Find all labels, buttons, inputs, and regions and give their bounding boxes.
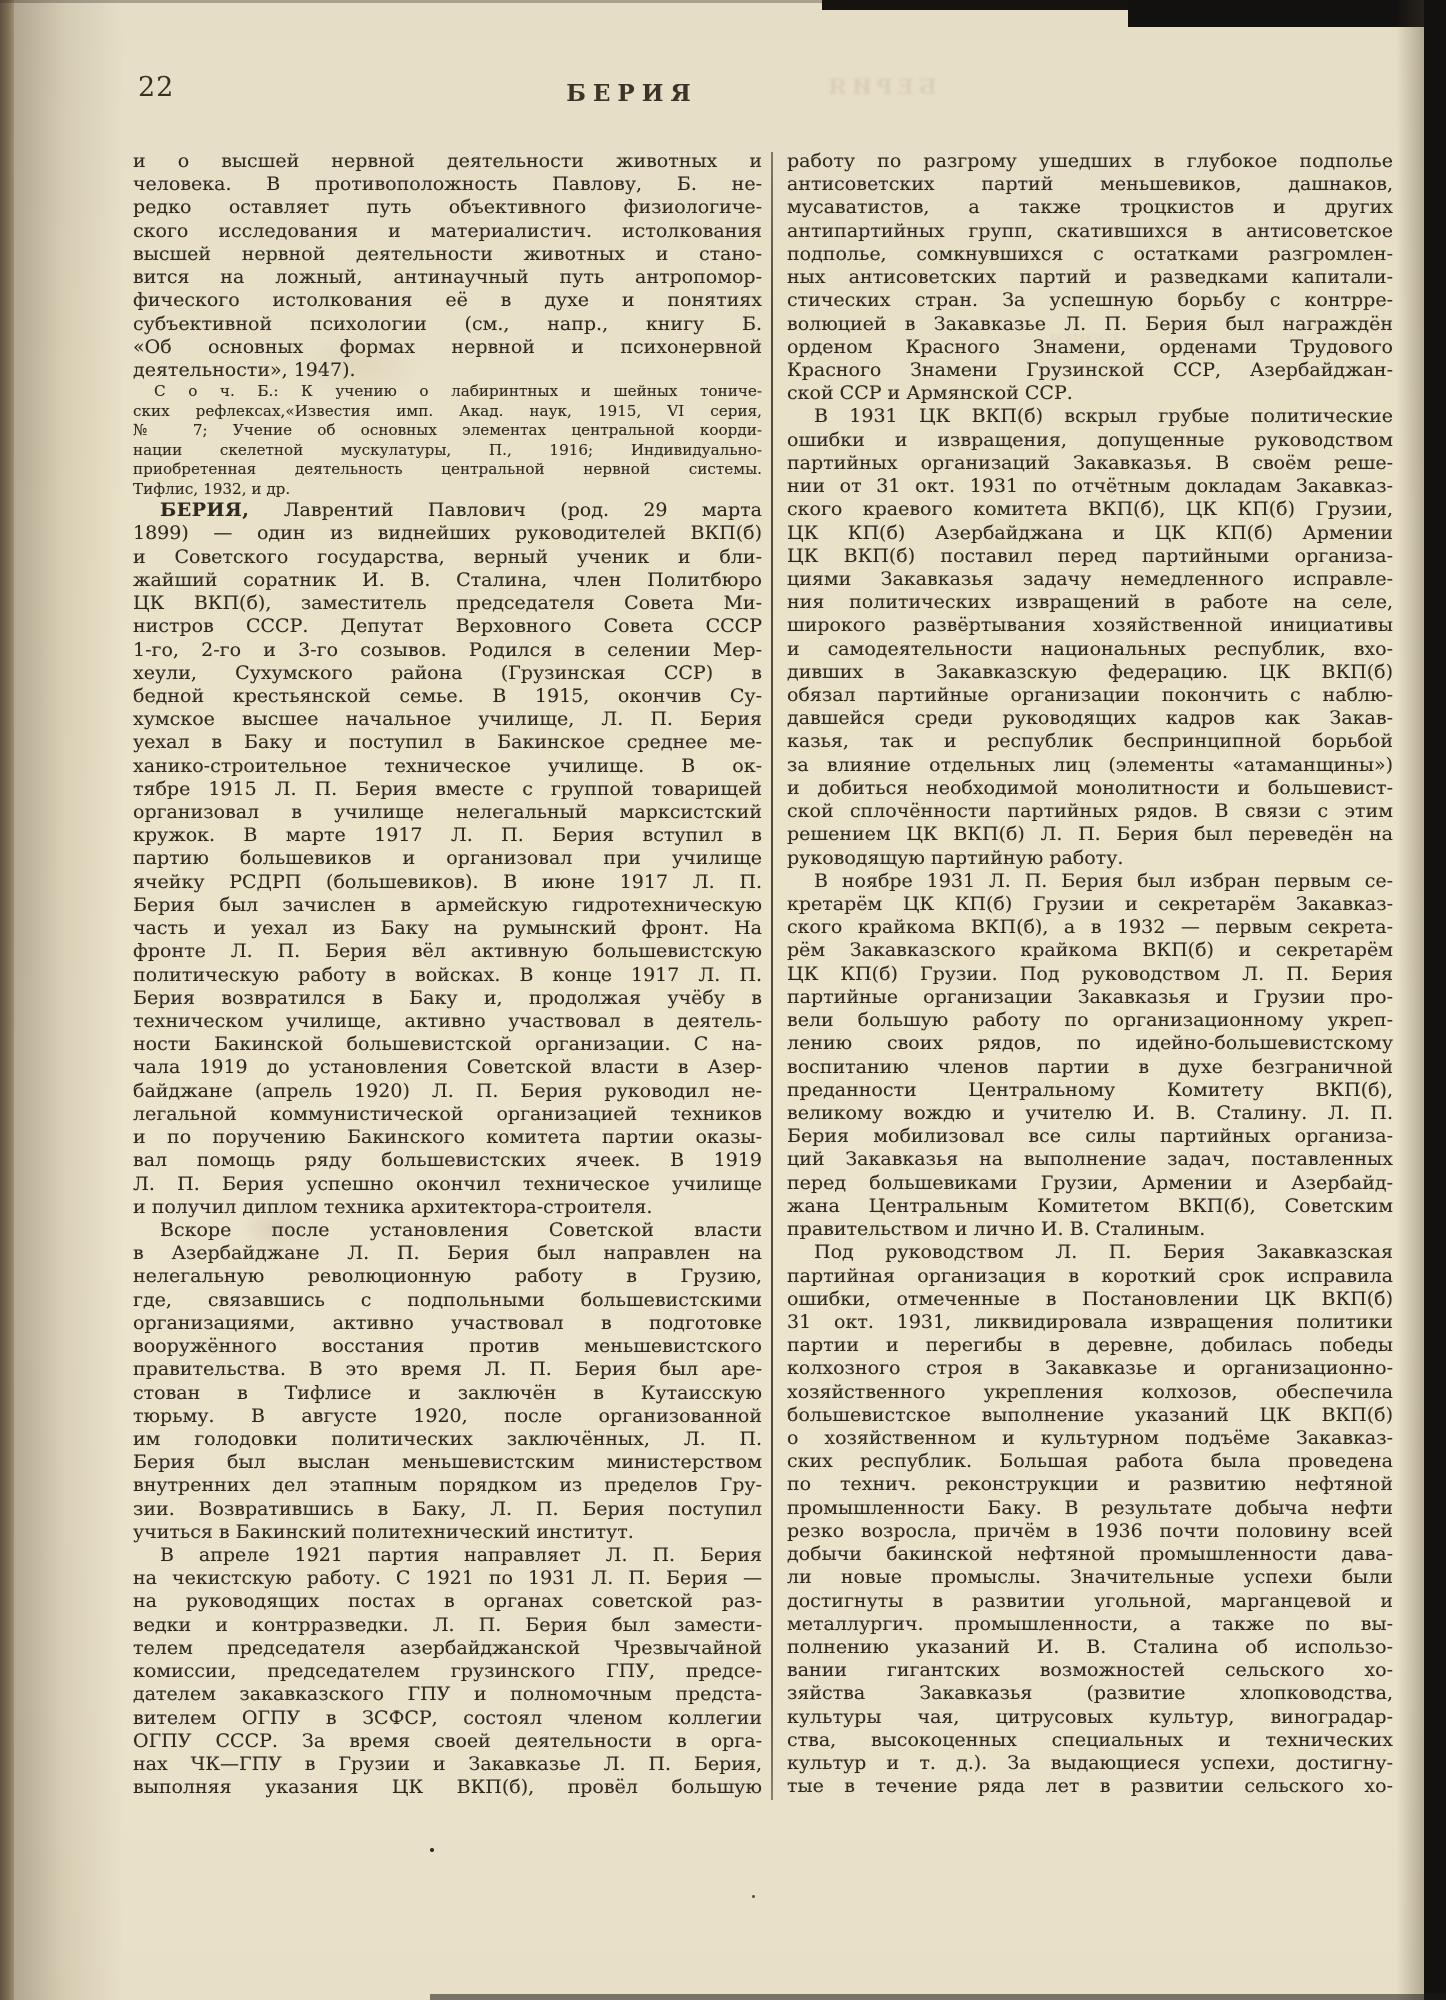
- ink-dot: [752, 1895, 755, 1898]
- text-line: В ноябре 1931 Л. П. Берия был избран пер…: [787, 870, 1393, 893]
- text-line: стических стран. За успешную борьбу с ко…: [787, 289, 1393, 312]
- text-line: и самодеятельности национальных республи…: [787, 638, 1393, 661]
- text-line: добычи бакинской нефтяной промышленности…: [787, 1543, 1393, 1566]
- text-line: кружок. В марте 1917 Л. П. Берия вступил…: [133, 824, 762, 847]
- page-number: 22: [138, 72, 174, 103]
- text-line: ОГПУ СССР. За время своей деятельности в…: [133, 1730, 762, 1753]
- text-line: ства, высокоценных специальных и техниче…: [787, 1729, 1393, 1752]
- text-line: зяйства Закавказья (развитие хлопководст…: [787, 1682, 1393, 1705]
- text-line: полнению указаний И. В. Сталина об испол…: [787, 1636, 1393, 1659]
- text-line: хеули, Сухумского района (Грузинская ССР…: [133, 662, 762, 685]
- text-line: вооружённого восстания против меньшевист…: [133, 1335, 762, 1358]
- text-line: антисоветских партий меньшевиков, дашнак…: [787, 173, 1393, 196]
- text-line: жана Центральным Комитетом ВКП(б), Совет…: [787, 1195, 1393, 1218]
- text-line: В апреле 1921 партия направляет Л. П. Бе…: [133, 1544, 762, 1567]
- text-line: бедной крестьянской семье. В 1915, оконч…: [133, 685, 762, 708]
- text-line: комиссии, председателем грузинского ГПУ,…: [133, 1660, 762, 1683]
- text-line: байджане (апрель 1920) Л. П. Берия руков…: [133, 1080, 762, 1103]
- text-line: по технич. реконструкции и развитию нефт…: [787, 1473, 1393, 1496]
- text-line: организовал в училище нелегальный маркси…: [133, 801, 762, 824]
- text-line: Берия был выслан меньшевистским министер…: [133, 1451, 762, 1474]
- text-line: нах ЧК—ГПУ в Грузии и Закавказье Л. П. Б…: [133, 1753, 762, 1776]
- text-line: партийная организация в короткий срок ис…: [787, 1265, 1393, 1288]
- text-line: Берия возвратился в Баку и, продолжая уч…: [133, 987, 762, 1010]
- text-line: резко возросла, причём в 1936 почти поло…: [787, 1520, 1393, 1543]
- text-line: дивших в Закавказскую федерацию. ЦК ВКП(…: [787, 661, 1393, 684]
- text-line: широкого развёртывания хозяйственной ини…: [787, 614, 1393, 637]
- right-column: работу по разгрому ушедших в глубокое по…: [787, 150, 1393, 1799]
- text-line: правительства. В это время Л. П. Берия б…: [133, 1358, 762, 1381]
- text-line: ской сплочённости партийных рядов. В свя…: [787, 800, 1393, 823]
- text-line: Л. П. Берия успешно окончил техническое …: [133, 1173, 762, 1196]
- scan-edge-right: [1424, 0, 1446, 2000]
- text-line: лению своих рядов, по идейно-большевистс…: [787, 1032, 1393, 1055]
- text-line: в Азербайджане Л. П. Берия был направлен…: [133, 1242, 762, 1265]
- text-line: деятельности», 1947).: [133, 359, 762, 382]
- text-line: «Об основных формах нервной и психонервн…: [133, 336, 762, 359]
- text-line: мусаватистов, а также троцкистов и други…: [787, 196, 1393, 219]
- text-line: партии и перегибы в деревне, добилась по…: [787, 1334, 1393, 1357]
- text-line: Берия мобилизовал все силы партийных орг…: [787, 1125, 1393, 1148]
- text-line: зии. Возвратившись в Баку, Л. П. Берия п…: [133, 1498, 762, 1521]
- scan-edge-left-shadow: [14, 0, 124, 2000]
- text-line: и по поручению Бакинского комитета парти…: [133, 1126, 762, 1149]
- text-line: нелегальную революционную работу в Грузи…: [133, 1265, 762, 1288]
- scan-edge-right-shadow: [1396, 0, 1424, 2000]
- text-line: политическую работу в войсках. В конце 1…: [133, 964, 762, 987]
- text-line: ханико-строительное техническое училище.…: [133, 755, 762, 778]
- text-line: на чекистскую работу. С 1921 по 1931 Л. …: [133, 1567, 762, 1590]
- text-line: Вскоре после установления Советской влас…: [133, 1219, 762, 1242]
- text-line: партийных организаций Закавказья. В своё…: [787, 452, 1393, 475]
- text-line: часть и уехал из Баку на румынский фронт…: [133, 917, 762, 940]
- text-line: стован в Тифлисе и заключён в Кутаисскую: [133, 1382, 762, 1405]
- text-line: 1899) — один из виднейших руководителей …: [133, 522, 762, 545]
- text-line: ских рефлексах,«Известия имп. Акад. наук…: [133, 402, 762, 422]
- text-line: где, связавшись с подпольными большевист…: [133, 1289, 762, 1312]
- text-line: кретарём ЦК КП(б) Грузии и секретарём За…: [787, 893, 1393, 916]
- text-line: ского крайкома ВКП(б), а в 1932 — первым…: [787, 916, 1393, 939]
- text-line: ского исследования и материалистич. исто…: [133, 220, 762, 243]
- text-line: вании гигантских возможностей сельского …: [787, 1659, 1393, 1682]
- text-line: партийные организации Закавказья и Грузи…: [787, 986, 1393, 1009]
- text-line: антипартийных групп, скатившихся в антис…: [787, 220, 1393, 243]
- text-line: ских республик. Большая работа была пров…: [787, 1450, 1393, 1473]
- text-line: БЕРИЯ, Лаврентий Павлович (род. 29 марта: [133, 499, 762, 522]
- text-line: субъективной психологии (см., напр., кни…: [133, 313, 762, 336]
- text-line: им голодовки политических заключённых, Л…: [133, 1428, 762, 1451]
- text-line: вал помощь ряду большевистских ячеек. В …: [133, 1149, 762, 1172]
- text-line: Берия был зачислен в армейскую гидротехн…: [133, 894, 762, 917]
- text-line: вели большую работу по организационному …: [787, 1009, 1393, 1032]
- text-line: руководящую партийную работу.: [787, 847, 1393, 870]
- text-line: волюцией в Закавказье Л. П. Берия был на…: [787, 313, 1393, 336]
- scanned-page: БЕРИЯ БЕРИЯ 22 БЕРИЯ и о высшей нервной …: [0, 0, 1446, 2000]
- text-line: дателем закавказского ГПУ и полномочным …: [133, 1683, 762, 1706]
- text-line: редко оставляет путь объективного физиол…: [133, 196, 762, 219]
- text-line: ведки и контрразведки. Л. П. Берия был з…: [133, 1614, 762, 1637]
- text-line: ли новые промыслы. Значительные успехи б…: [787, 1566, 1393, 1589]
- text-line: хумское высшее начальное училище, Л. П. …: [133, 708, 762, 731]
- text-line: Под руководством Л. П. Берия Закавказска…: [787, 1241, 1393, 1264]
- text-line: орденом Красного Знамени, орденами Трудо…: [787, 336, 1393, 359]
- text-line: нии от 31 окт. 1931 по отчётным докладам…: [787, 475, 1393, 498]
- text-line: высшей нервной деятельности животных и с…: [133, 243, 762, 266]
- text-line: Тифлис, 1932, и др.: [133, 480, 762, 500]
- text-line: уехал в Баку и поступил в Бакинское сред…: [133, 731, 762, 754]
- text-line: промышленности Баку. В результате добыча…: [787, 1497, 1393, 1520]
- text-line: большевистское выполнение указаний ЦК ВК…: [787, 1404, 1393, 1427]
- text-line: чала 1919 до установления Советской влас…: [133, 1056, 762, 1079]
- text-line: ЦК ВКП(б), заместитель председателя Сове…: [133, 592, 762, 615]
- text-line: нистров СССР. Депутат Верховного Совета …: [133, 615, 762, 638]
- text-line: телем председателя азербайджанской Чрезв…: [133, 1637, 762, 1660]
- text-line: 31 окт. 1931, ликвидировала извращения п…: [787, 1311, 1393, 1334]
- scan-edge-left: [0, 0, 14, 2000]
- text-line: и о высшей нервной деятельности животных…: [133, 150, 762, 173]
- text-line: ЦК КП(б) Азербайджана и ЦК КП(б) Армении: [787, 522, 1393, 545]
- text-line: фронте Л. П. Берия вёл активную большеви…: [133, 940, 762, 963]
- text-line: ошибки, отмеченные в Постановлении ЦК ВК…: [787, 1288, 1393, 1311]
- text-line: выполняя указания ЦК ВКП(б), провёл боль…: [133, 1776, 762, 1799]
- text-line: и добиться необходимой монолитности и бо…: [787, 777, 1393, 800]
- text-line: культуры чая, цитрусовых культур, виногр…: [787, 1706, 1393, 1729]
- text-line: учиться в Бакинский политехнический инст…: [133, 1521, 762, 1544]
- text-line: вителем ОГПУ в ЗСФСР, состоял членом кол…: [133, 1707, 762, 1730]
- text-line: решением ЦК ВКП(б) Л. П. Берия был перев…: [787, 823, 1393, 846]
- text-line: жайший соратник И. В. Сталина, член Поли…: [133, 569, 762, 592]
- text-line: казья, так и республик беспринципной бор…: [787, 730, 1393, 753]
- text-line: партию большевиков и организовал при учи…: [133, 847, 762, 870]
- text-line: тябре 1915 Л. П. Берия вместе с группой …: [133, 778, 762, 801]
- text-line: металлургич. промышленности, а также по …: [787, 1613, 1393, 1636]
- text-line: 1-го, 2-го и 3-го созывов. Родился в сел…: [133, 639, 762, 662]
- text-line: фического истолкования её в духе и понят…: [133, 289, 762, 312]
- left-column: и о высшей нервной деятельности животных…: [133, 150, 762, 1799]
- column-divider: [771, 152, 773, 1800]
- text-line: человека. В противоположность Павлову, Б…: [133, 173, 762, 196]
- text-line: ячейку РСДРП (большевиков). В июне 1917 …: [133, 871, 762, 894]
- text-line: внутренних дел этапным порядком из преде…: [133, 1474, 762, 1497]
- text-line: давшейся среди руководящих кадров как За…: [787, 707, 1393, 730]
- text-line: ных антисоветских партий и разведками ка…: [787, 266, 1393, 289]
- text-line: за влияние отдельных лиц (элементы «атам…: [787, 754, 1393, 777]
- text-line: организациями, активно участвовал в подг…: [133, 1312, 762, 1335]
- text-line: культур и т. д.). За выдающиеся успехи, …: [787, 1752, 1393, 1775]
- text-line: С о ч. Б.: К учению о лабиринтных и шейн…: [133, 382, 762, 402]
- text-line: подполье, сомкнувшихся с остатками разгр…: [787, 243, 1393, 266]
- ghost-showthrough-text: БЕРИЯ: [700, 74, 1060, 99]
- text-line: колхозного строя в Закавказье и организа…: [787, 1357, 1393, 1380]
- text-line: работу по разгрому ушедших в глубокое по…: [787, 150, 1393, 173]
- text-line: Красного Знамени Грузинской ССР, Азербай…: [787, 359, 1393, 382]
- text-line: рём Закавказского крайкома ВКП(б) и секр…: [787, 939, 1393, 962]
- text-line: техническом училище, активно участвовал …: [133, 1010, 762, 1033]
- text-line: ского краевого комитета ВКП(б), ЦК КП(б)…: [787, 498, 1393, 521]
- text-line: № 7; Учение об основных элементах центра…: [133, 421, 762, 441]
- text-line: и Советского государства, верный ученик …: [133, 546, 762, 569]
- text-line: тюрьму. В августе 1920, после организова…: [133, 1405, 762, 1428]
- text-line: воспитанию членов партии в духе безграни…: [787, 1056, 1393, 1079]
- text-line: В 1931 ЦК ВКП(б) вскрыл грубые политичес…: [787, 405, 1393, 428]
- text-line: ЦК КП(б) Грузии. Под руководством Л. П. …: [787, 963, 1393, 986]
- text-line: ности Бакинской большевистской организац…: [133, 1033, 762, 1056]
- text-line: легальной коммунистической организацией …: [133, 1103, 762, 1126]
- text-line: преданности Центральному Комитету ВКП(б)…: [787, 1079, 1393, 1102]
- scan-edge-bottom: [430, 1994, 1446, 2000]
- text-line: вится на ложный, антинаучный путь антроп…: [133, 266, 762, 289]
- text-line: правительством и лично И. В. Сталиным.: [787, 1218, 1393, 1241]
- text-line: достигнуты в развитии угольной, марганце…: [787, 1590, 1393, 1613]
- text-line: обязал партийные организации покончить с…: [787, 684, 1393, 707]
- running-header: БЕРИЯ: [566, 80, 698, 107]
- text-line: великому вождю и учителю И. В. Сталину. …: [787, 1102, 1393, 1125]
- text-line: на руководящих постах в органах советско…: [133, 1590, 762, 1613]
- text-line: ций Закавказья на выполнение задач, пост…: [787, 1148, 1393, 1171]
- text-line: нации скелетной мускулатуры, П., 1916; И…: [133, 441, 762, 461]
- text-line: ЦК ВКП(б) поставил перед партийными орга…: [787, 545, 1393, 568]
- text-line: циями Закавказья задачу немедленного исп…: [787, 568, 1393, 591]
- text-line: перед большевиками Грузии, Армении и Азе…: [787, 1172, 1393, 1195]
- ink-dot: [430, 1848, 434, 1852]
- text-line: ния политических извращений в работе на …: [787, 591, 1393, 614]
- text-line: о хозяйственном и культурном подъёме Зак…: [787, 1427, 1393, 1450]
- text-line: ской ССР и Армянской ССР.: [787, 382, 1393, 405]
- text-line: тые в течение ряда лет в развитии сельск…: [787, 1775, 1393, 1798]
- text-line: ошибки и извращения, допущенные руководс…: [787, 429, 1393, 452]
- text-line: хозяйственного укрепления колхозов, обес…: [787, 1381, 1393, 1404]
- text-line: приобретенная деятельность центральной н…: [133, 460, 762, 480]
- text-line: и получил диплом техника архитектора-стр…: [133, 1196, 762, 1219]
- scan-edge-top: [0, 0, 830, 3]
